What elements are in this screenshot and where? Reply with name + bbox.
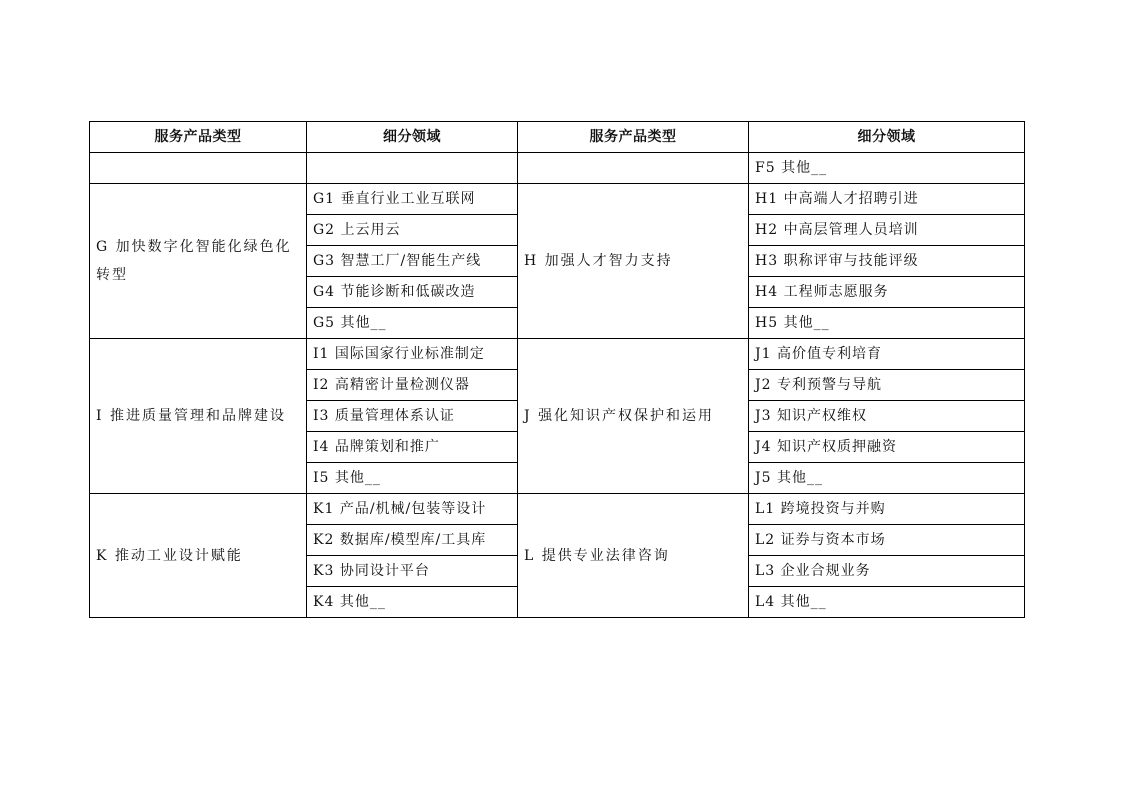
subfield-item: J2 专利预警与导航 [749, 370, 1025, 401]
subfield-item: G3 智慧工厂/智能生产线 [307, 246, 518, 277]
subfield-item: I5 其他__ [307, 463, 518, 494]
table-row: G 加快数字化智能化绿色化转型 G1 垂直行业工业互联网 H 加强人才智力支持 … [90, 184, 1025, 215]
subfield-item: H3 职称评审与技能评级 [749, 246, 1025, 277]
category-cell-l: L 提供专业法律咨询 [518, 494, 749, 618]
category-cell-j: J 强化知识产权保护和运用 [518, 339, 749, 494]
service-product-table: 服务产品类型 细分领域 服务产品类型 细分领域 F5 其他__ G 加快数字化智… [89, 121, 1025, 618]
header-service-type-left: 服务产品类型 [90, 122, 307, 153]
subfield-item: J3 知识产权维权 [749, 401, 1025, 432]
subfield-item: G2 上云用云 [307, 215, 518, 246]
subfield-item: H5 其他__ [749, 308, 1025, 339]
category-cell-h: H 加强人才智力支持 [518, 184, 749, 339]
subfield-item: K3 协同设计平台 [307, 556, 518, 587]
empty-cell [90, 153, 307, 184]
subfield-item: K1 产品/机械/包装等设计 [307, 494, 518, 525]
subfield-item: I3 质量管理体系认证 [307, 401, 518, 432]
subfield-item: J5 其他__ [749, 463, 1025, 494]
category-cell-i: I 推进质量管理和品牌建设 [90, 339, 307, 494]
header-service-type-right: 服务产品类型 [518, 122, 749, 153]
subfield-item: G4 节能诊断和低碳改造 [307, 277, 518, 308]
table-row: K 推动工业设计赋能 K1 产品/机械/包装等设计 L 提供专业法律咨询 L1 … [90, 494, 1025, 525]
subfield-item: I4 品牌策划和推广 [307, 432, 518, 463]
subfield-item: H4 工程师志愿服务 [749, 277, 1025, 308]
subfield-item: L3 企业合规业务 [749, 556, 1025, 587]
subfield-item: G5 其他__ [307, 308, 518, 339]
subfield-item: H2 中高层管理人员培训 [749, 215, 1025, 246]
category-cell-g: G 加快数字化智能化绿色化转型 [90, 184, 307, 339]
subfield-item: L2 证券与资本市场 [749, 525, 1025, 556]
subfield-item: I1 国际国家行业标准制定 [307, 339, 518, 370]
empty-cell [518, 153, 749, 184]
table-row: I 推进质量管理和品牌建设 I1 国际国家行业标准制定 J 强化知识产权保护和运… [90, 339, 1025, 370]
empty-cell [307, 153, 518, 184]
category-cell-k: K 推动工业设计赋能 [90, 494, 307, 618]
subfield-item: F5 其他__ [749, 153, 1025, 184]
subfield-item: L1 跨境投资与并购 [749, 494, 1025, 525]
subfield-item: J1 高价值专利培育 [749, 339, 1025, 370]
subfield-item: K2 数据库/模型库/工具库 [307, 525, 518, 556]
subfield-item: L4 其他__ [749, 587, 1025, 618]
subfield-item: K4 其他__ [307, 587, 518, 618]
header-subfield-left: 细分领域 [307, 122, 518, 153]
subfield-item: I2 高精密计量检测仪器 [307, 370, 518, 401]
header-row: 服务产品类型 细分领域 服务产品类型 细分领域 [90, 122, 1025, 153]
subfield-item: J4 知识产权质押融资 [749, 432, 1025, 463]
subfield-item: H1 中高端人才招聘引进 [749, 184, 1025, 215]
subfield-item: G1 垂直行业工业互联网 [307, 184, 518, 215]
continuation-row: F5 其他__ [90, 153, 1025, 184]
header-subfield-right: 细分领域 [749, 122, 1025, 153]
